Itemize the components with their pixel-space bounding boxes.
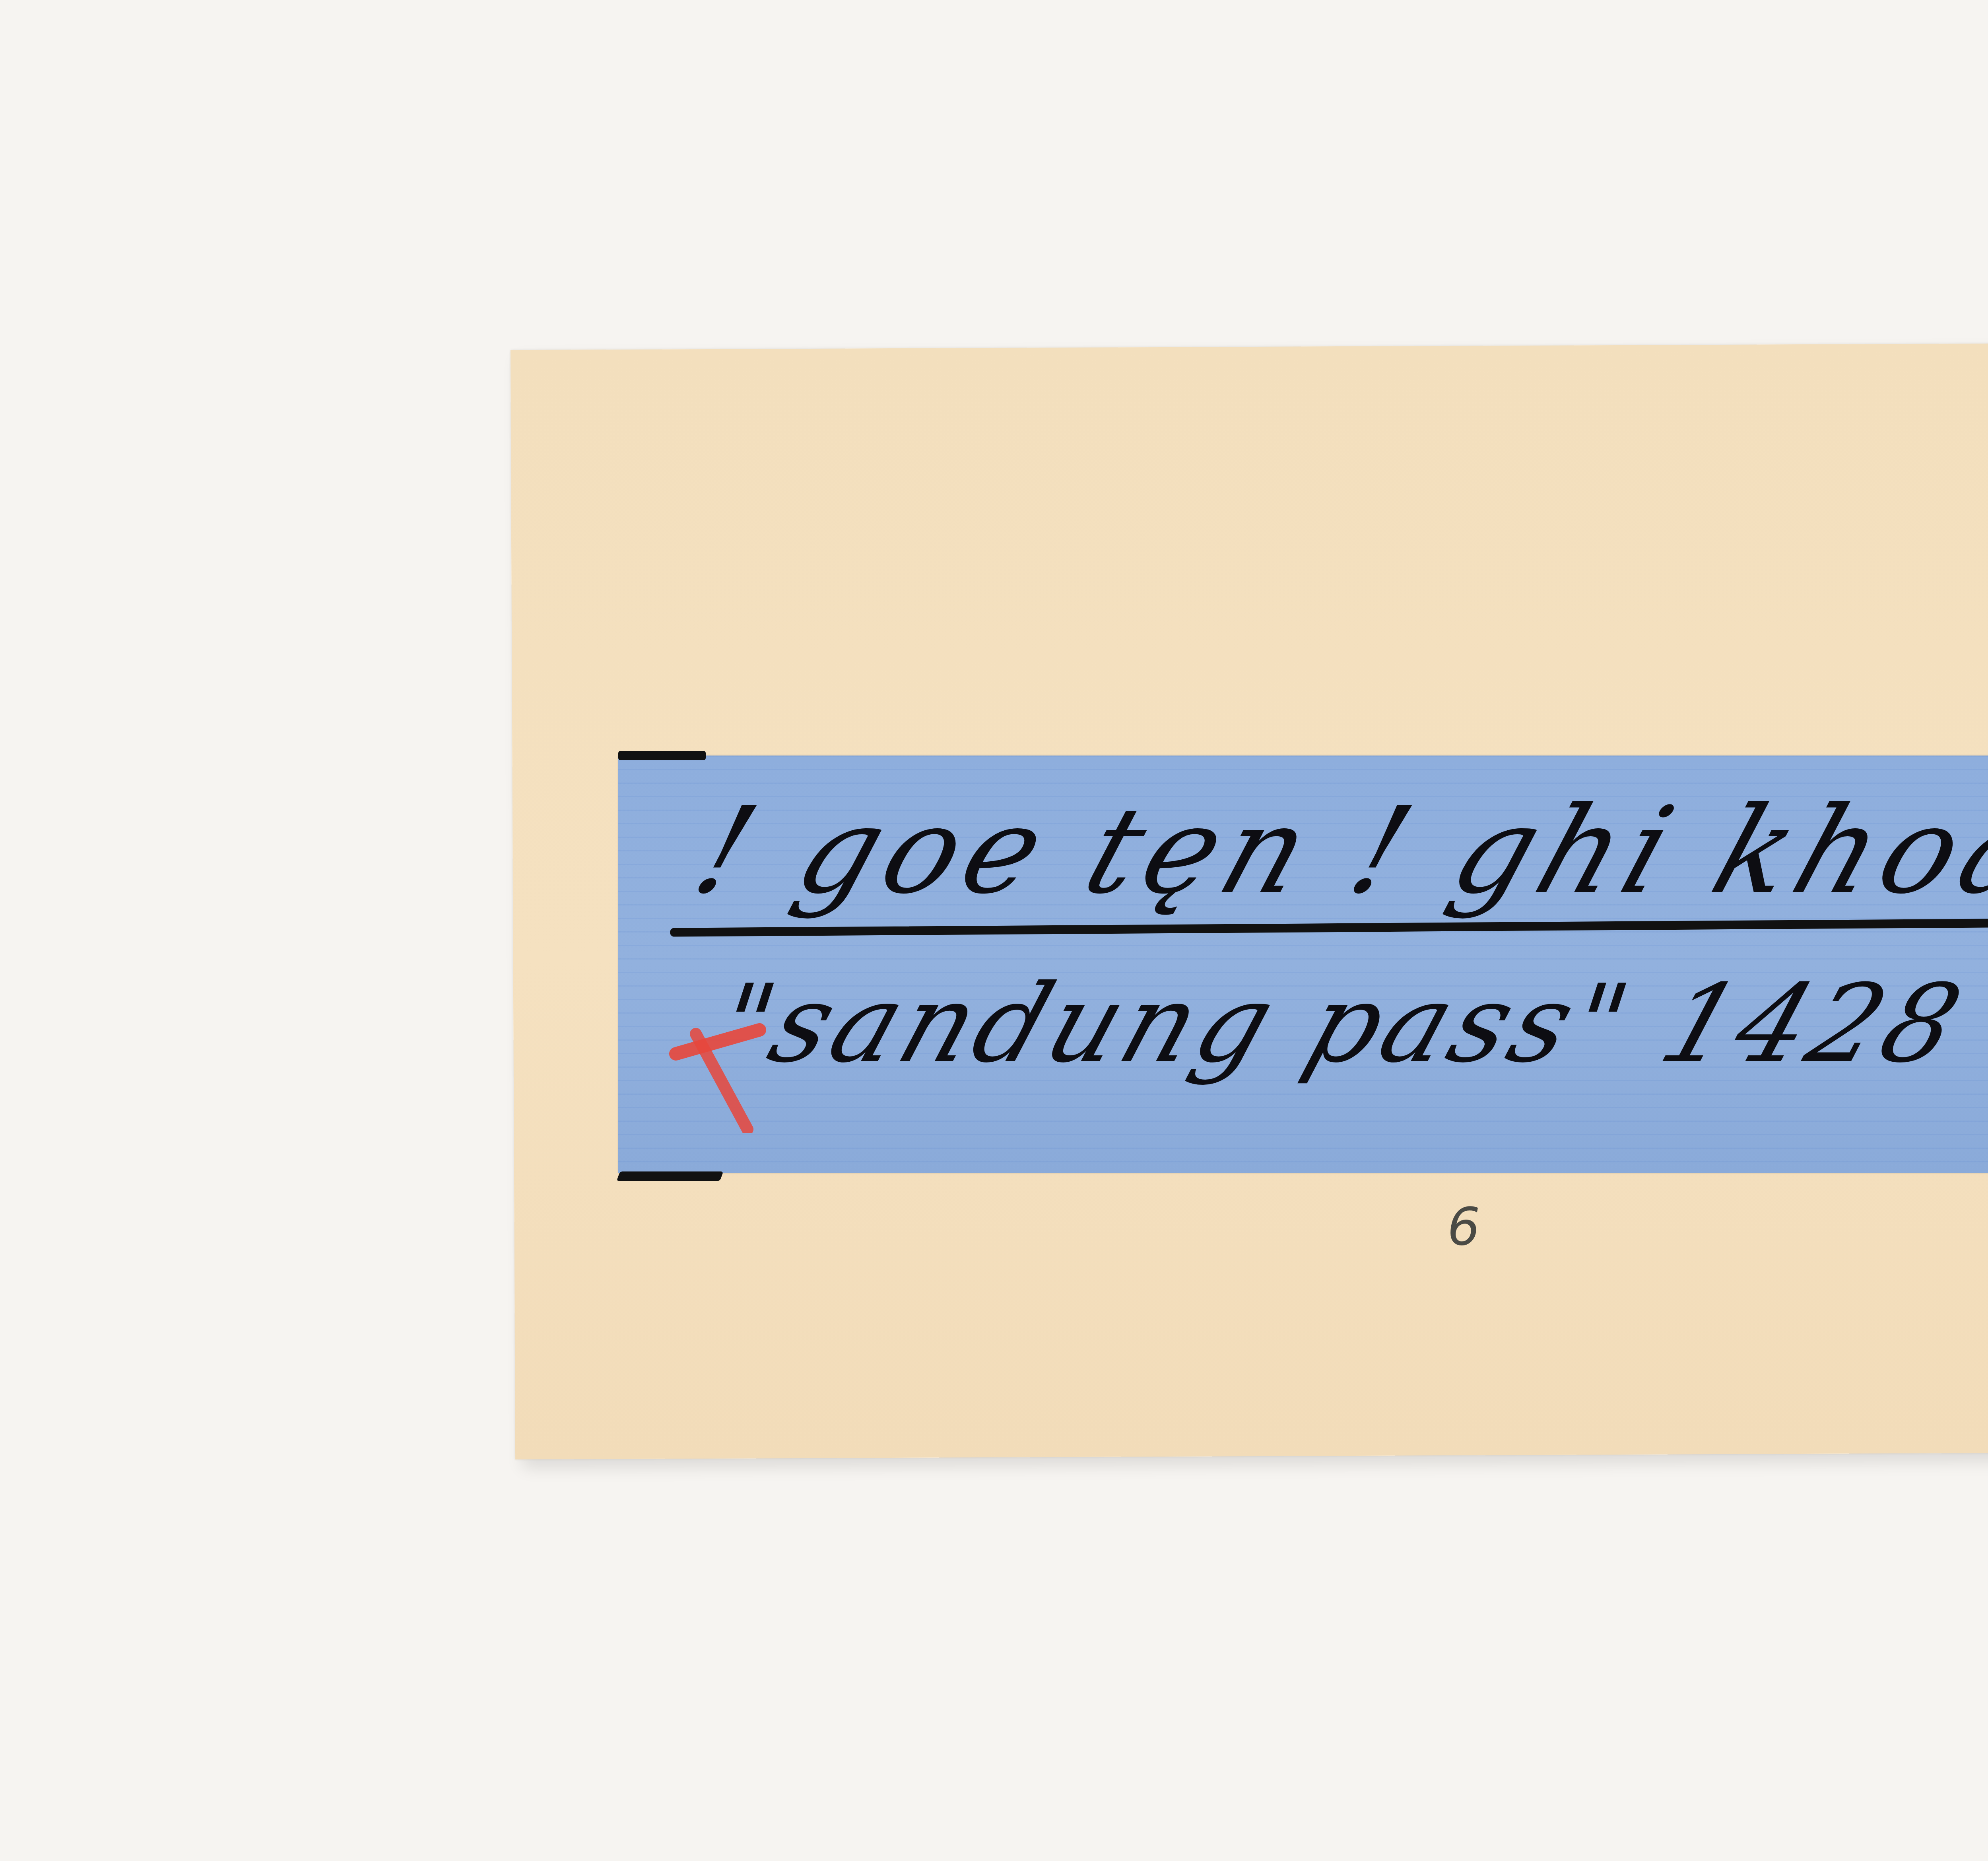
handwritten-line-1: ! goe tęn ! ghi khoá — [679, 779, 1988, 923]
handwritten-line-2: "sandung pass" 1428 3; — [700, 958, 1988, 1090]
red-x-mark-icon — [668, 1022, 767, 1133]
pencil-note: 6 — [1447, 1197, 1495, 1257]
ink-fragment-bottom — [617, 1171, 724, 1181]
blue-paper-strip: ! goe tęn ! ghi khoá "sandung pass" 1428… — [618, 756, 1988, 1173]
ink-fragment-top — [618, 751, 706, 760]
